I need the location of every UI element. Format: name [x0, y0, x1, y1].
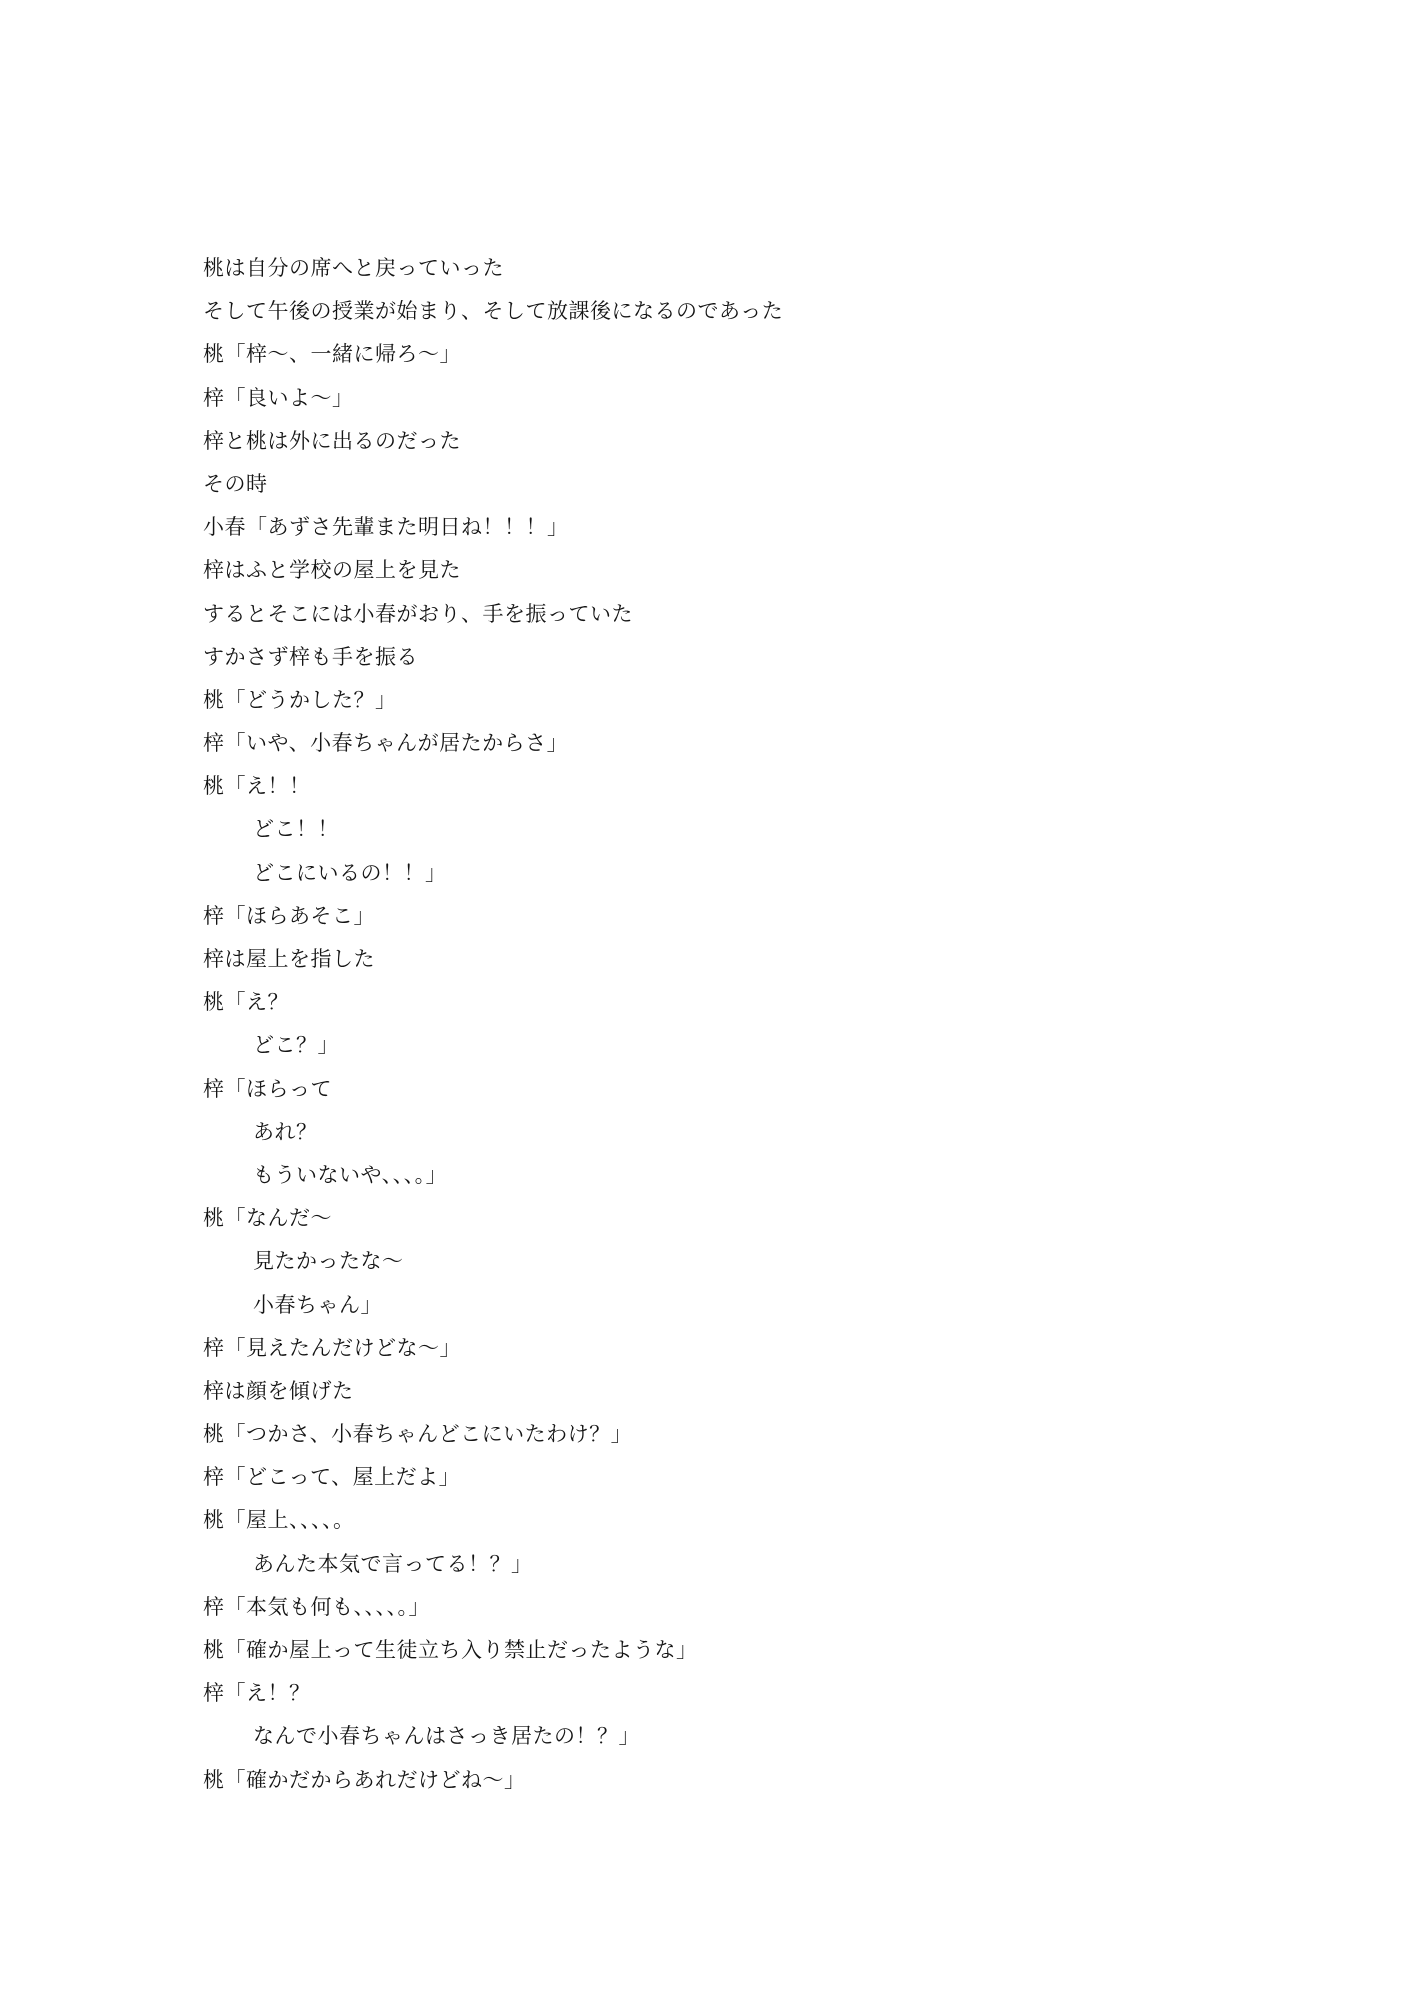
dialogue-line: 桃「え！！ — [203, 770, 1203, 813]
dialogue-line: 梓「どこって、屋上だよ」 — [203, 1461, 1203, 1504]
dialogue-line: 桃「なんだ～ — [203, 1202, 1203, 1245]
text-line: その時 — [203, 468, 1203, 511]
text-line: そして午後の授業が始まり、そして放課後になるのであった — [203, 295, 1203, 338]
dialogue-continuation: 見たかったな～ — [203, 1245, 1203, 1288]
dialogue-line: 梓「見えたんだけどな～」 — [203, 1332, 1203, 1375]
dialogue-line: 小春「あずさ先輩また明日ね！！！」 — [203, 511, 1203, 554]
text-line: するとそこには小春がおり、手を振っていた — [203, 598, 1203, 641]
dialogue-line: 桃「え？ — [203, 986, 1203, 1029]
dialogue-continuation: あれ？ — [203, 1116, 1203, 1159]
dialogue-line: 桃「つかさ、小春ちゃんどこにいたわけ？」 — [203, 1418, 1203, 1461]
dialogue-line: 桃「梓～、一緒に帰ろ～」 — [203, 338, 1203, 381]
dialogue-continuation: どこにいるの！！」 — [203, 857, 1203, 900]
text-line: 桃は自分の席へと戻っていった — [203, 252, 1203, 295]
dialogue-continuation: あんた本気で言ってる！？」 — [203, 1548, 1203, 1591]
dialogue-continuation: どこ！！ — [203, 813, 1203, 856]
dialogue-line: 梓「いや、小春ちゃんが居たからさ」 — [203, 727, 1203, 770]
dialogue-line: 梓「良いよ～」 — [203, 382, 1203, 425]
dialogue-line: 梓「ほらあそこ」 — [203, 900, 1203, 943]
dialogue-line: 桃「確か屋上って生徒立ち入り禁止だったような」 — [203, 1634, 1203, 1677]
dialogue-line: 桃「屋上、、、、。 — [203, 1504, 1203, 1547]
dialogue-continuation: どこ？」 — [203, 1029, 1203, 1072]
text-line: すかさず梓も手を振る — [203, 641, 1203, 684]
dialogue-line: 梓「え！？ — [203, 1677, 1203, 1720]
dialogue-continuation: 小春ちゃん」 — [203, 1289, 1203, 1332]
text-line: 梓は屋上を指した — [203, 943, 1203, 986]
text-line: 梓と桃は外に出るのだった — [203, 425, 1203, 468]
dialogue-continuation: なんで小春ちゃんはさっき居たの！？」 — [203, 1720, 1203, 1763]
dialogue-line: 桃「確かだからあれだけどね～」 — [203, 1764, 1203, 1807]
text-line: 梓はふと学校の屋上を見た — [203, 554, 1203, 597]
text-line: 梓は顔を傾げた — [203, 1375, 1203, 1418]
dialogue-line: 桃「どうかした？」 — [203, 684, 1203, 727]
dialogue-line: 梓「本気も何も、、、、。」 — [203, 1591, 1203, 1634]
dialogue-line: 梓「ほらって — [203, 1073, 1203, 1116]
document-page: 桃は自分の席へと戻っていった そして午後の授業が始まり、そして放課後になるのであ… — [203, 252, 1203, 1807]
dialogue-continuation: もういないや、、、。」 — [203, 1159, 1203, 1202]
